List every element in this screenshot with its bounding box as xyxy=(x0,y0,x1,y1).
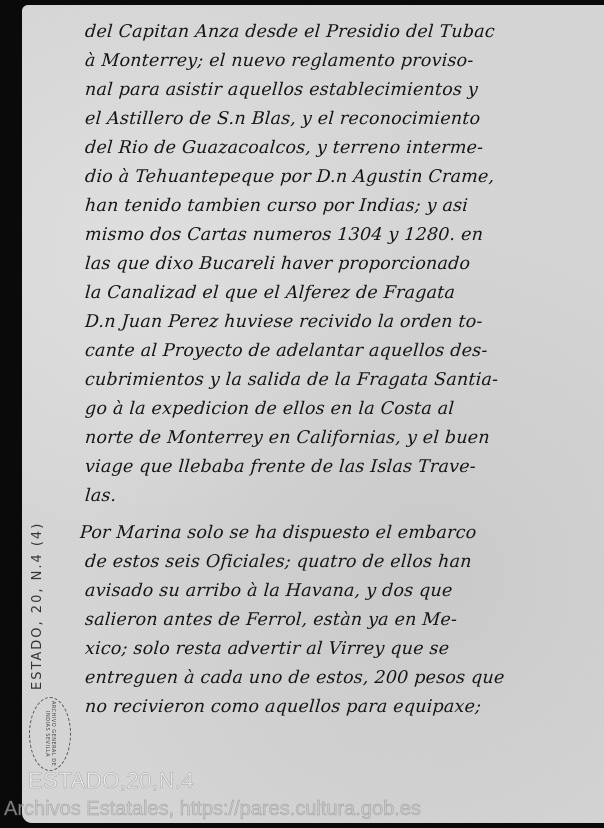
text-line: del Capitan Anza desde el Presidio del T… xyxy=(84,18,601,47)
text-line: norte de Monterrey en Californias, y el … xyxy=(84,424,601,453)
text-line: entreguen à cada uno de estos, 200 pesos… xyxy=(84,664,601,693)
text-line: dio à Tehuantepeque por D.n Agustin Cram… xyxy=(84,163,601,192)
text-line: nal para asistir aquellos establecimient… xyxy=(84,76,601,105)
text-line: viage que llebaba frente de las Islas Tr… xyxy=(84,453,601,482)
text-line: las. xyxy=(84,482,601,511)
text-line: Por Marina solo se ha dispuesto el embar… xyxy=(79,519,601,548)
text-line: xico; solo resta advertir al Virrey que … xyxy=(84,635,601,664)
manuscript-text: del Capitan Anza desde el Presidio del T… xyxy=(85,18,600,722)
text-line: la Canalizad el que el Alferez de Fragat… xyxy=(84,279,601,308)
text-line: cubrimientos y la salida de la Fragata S… xyxy=(84,366,601,395)
text-line: el Astillero de S.n Blas, y el reconocim… xyxy=(84,105,601,134)
archive-stamp: ARCHIVO GENERAL DE INDIAS SEVILLA xyxy=(29,697,71,771)
text-line: salieron antes de Ferrol, estàn ya en Me… xyxy=(84,606,601,635)
text-line: à Monterrey; el nuevo reglamento proviso… xyxy=(84,47,601,76)
paragraph-1: del Capitan Anza desde el Presidio del T… xyxy=(85,18,600,511)
paragraph-2: Por Marina solo se ha dispuesto el embar… xyxy=(85,519,600,722)
text-line: D.n Juan Perez huviese recivido la orden… xyxy=(84,308,601,337)
stamp-text: ARCHIVO GENERAL DE INDIAS SEVILLA xyxy=(44,698,56,770)
text-line: no recivieron como aquellos para equipax… xyxy=(84,693,601,722)
source-watermark: Archivos Estatales, https://pares.cultur… xyxy=(4,798,421,821)
text-line: del Rio de Guazacoalcos, y terreno inter… xyxy=(84,134,601,163)
text-line: cante al Proyecto de adelantar aquellos … xyxy=(84,337,601,366)
text-line: han tenido tambien curso por Indias; y a… xyxy=(84,192,601,221)
text-line: mismo dos Cartas numeros 1304 y 1280. en xyxy=(84,221,601,250)
reference-watermark: ESTADO,20,N.4 xyxy=(28,768,194,794)
text-line: go à la expedicion de ellos en la Costa … xyxy=(84,395,601,424)
text-line: las que dixo Bucareli haver proporcionad… xyxy=(84,250,601,279)
text-line: de estos seis Oficiales; quatro de ellos… xyxy=(84,548,601,577)
text-line: avisado su arribo à la Havana, y dos que xyxy=(84,577,601,606)
archive-reference-annotation: ESTADO, 20, N.4 (4) xyxy=(30,522,45,690)
